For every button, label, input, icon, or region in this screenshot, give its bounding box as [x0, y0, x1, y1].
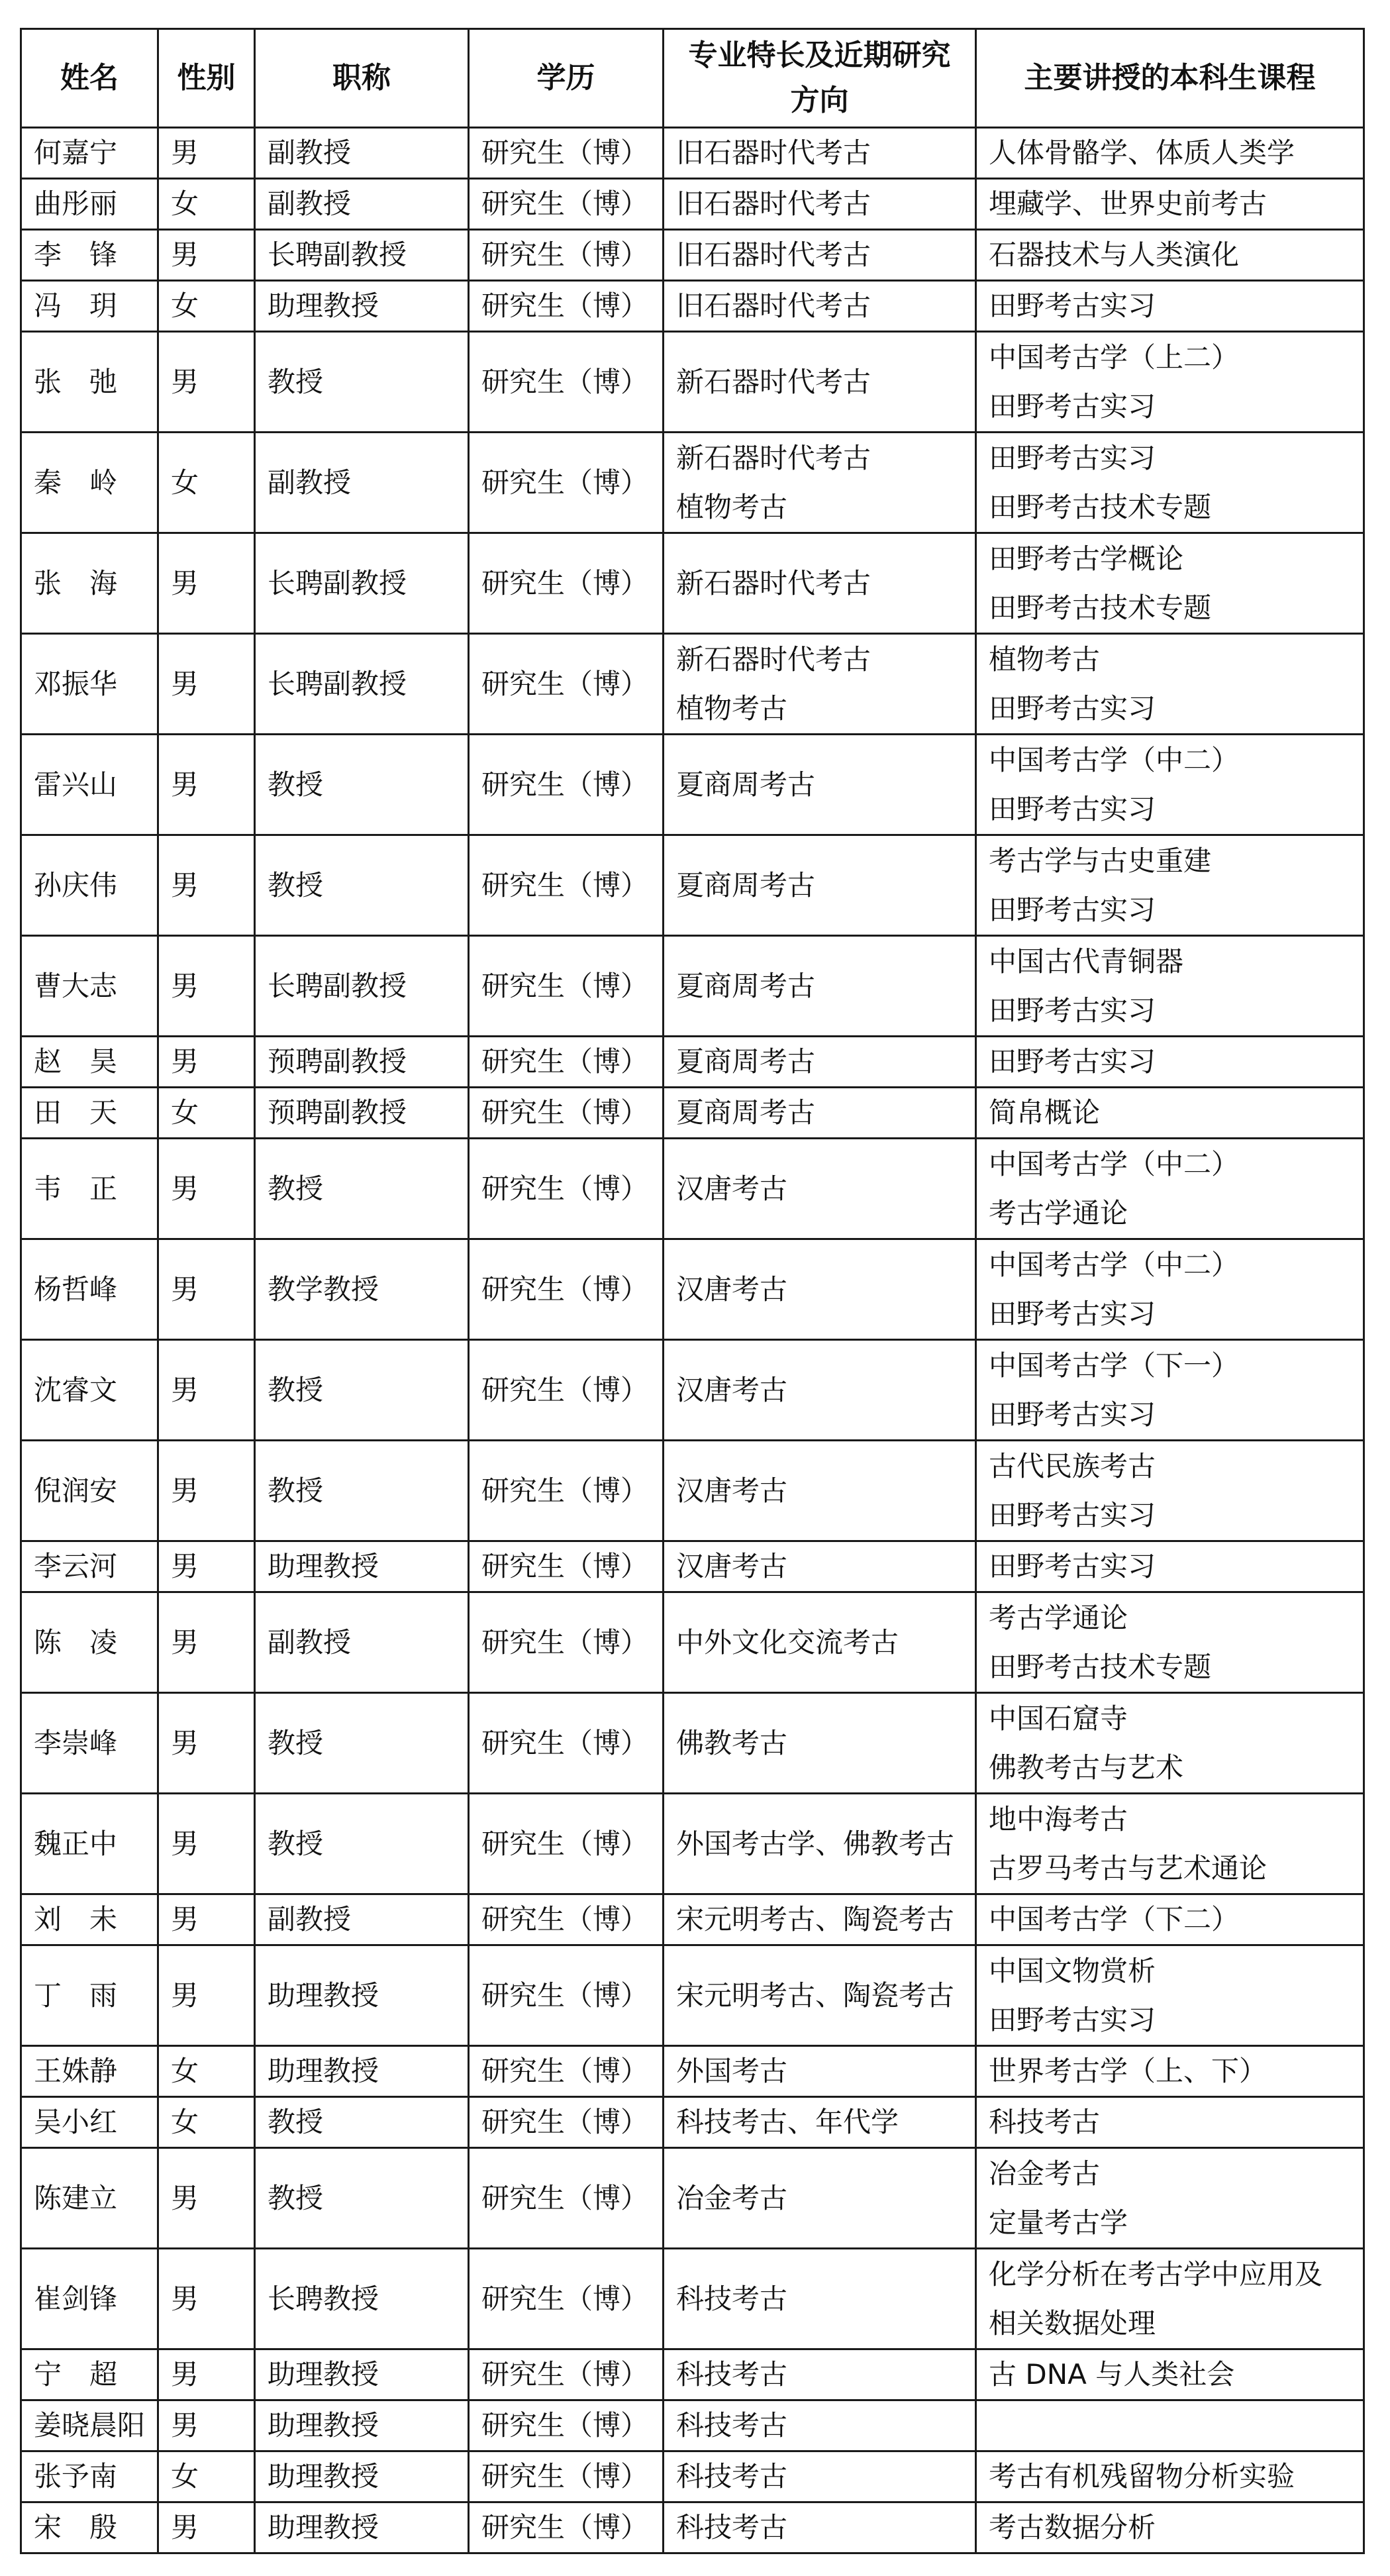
courses-line: 考古学与古史重建 — [989, 837, 1363, 886]
cell-field: 新石器时代考古 — [664, 533, 976, 634]
cell-field: 科技考古 — [664, 2249, 976, 2349]
cell-courses: 中国考古学（下一）田野考古实习 — [976, 1340, 1364, 1441]
courses-line: 田野考古实习 — [989, 886, 1363, 935]
cell-field: 汉唐考古 — [664, 1139, 976, 1239]
cell-field: 科技考古 — [664, 2349, 976, 2400]
field-line: 宋元明考古、陶瓷考古 — [676, 1895, 975, 1944]
courses-line: 中国古代青铜器 — [989, 937, 1363, 986]
courses-line: 田野考古技术专题 — [989, 584, 1363, 633]
cell-title: 教授 — [255, 2097, 469, 2148]
table-row: 曲彤丽女副教授研究生（博）旧石器时代考古埋藏学、世界史前考古 — [21, 179, 1364, 230]
table-row: 魏正中男教授研究生（博）外国考古学、佛教考古地中海考古古罗马考古与艺术通论 — [21, 1794, 1364, 1894]
cell-gender: 女 — [158, 1088, 255, 1139]
courses-line: 中国考古学（中二） — [989, 1140, 1363, 1189]
cell-gender: 男 — [158, 1239, 255, 1340]
cell-courses: 考古有机残留物分析实验 — [976, 2451, 1364, 2502]
cell-courses: 中国考古学（中二）考古学通论 — [976, 1139, 1364, 1239]
cell-degree: 研究生（博） — [469, 2349, 664, 2400]
table-row: 雷兴山男教授研究生（博）夏商周考古中国考古学（中二）田野考古实习 — [21, 735, 1364, 835]
table-row: 曹大志男长聘副教授研究生（博）夏商周考古中国古代青铜器田野考古实习 — [21, 936, 1364, 1037]
courses-line: 田野考古实习 — [989, 1491, 1363, 1540]
cell-gender: 男 — [158, 1441, 255, 1541]
cell-name: 邓振华 — [21, 634, 158, 735]
cell-name: 丁 雨 — [21, 1945, 158, 2046]
cell-field: 夏商周考古 — [664, 1037, 976, 1088]
courses-line: 中国考古学（中二） — [989, 736, 1363, 785]
cell-degree: 研究生（博） — [469, 1139, 664, 1239]
cell-courses: 田野考古实习 — [976, 281, 1364, 332]
cell-courses: 埋藏学、世界史前考古 — [976, 179, 1364, 230]
cell-gender: 男 — [158, 1139, 255, 1239]
cell-title: 教授 — [255, 1794, 469, 1894]
cell-gender: 男 — [158, 936, 255, 1037]
field-line: 新石器时代考古 — [676, 635, 975, 684]
cell-title: 教授 — [255, 1693, 469, 1794]
cell-courses: 考古数据分析 — [976, 2502, 1364, 2553]
cell-title: 长聘副教授 — [255, 230, 469, 281]
courses-line: 田野考古技术专题 — [989, 483, 1363, 532]
cell-courses: 田野考古实习 — [976, 1541, 1364, 1592]
courses-line: 中国考古学（下一） — [989, 1341, 1363, 1390]
cell-degree: 研究生（博） — [469, 1945, 664, 2046]
courses-line: 田野考古技术专题 — [989, 1643, 1363, 1692]
cell-gender: 女 — [158, 2451, 255, 2502]
cell-name: 赵 昊 — [21, 1037, 158, 1088]
cell-degree: 研究生（博） — [469, 1592, 664, 1693]
cell-gender: 女 — [158, 179, 255, 230]
cell-field: 旧石器时代考古 — [664, 179, 976, 230]
cell-title: 教学教授 — [255, 1239, 469, 1340]
cell-name: 张 弛 — [21, 332, 158, 433]
cell-courses: 古代民族考古田野考古实习 — [976, 1441, 1364, 1541]
cell-name: 孙庆伟 — [21, 835, 158, 936]
cell-field: 旧石器时代考古 — [664, 230, 976, 281]
cell-title: 助理教授 — [255, 1541, 469, 1592]
field-line: 植物考古 — [676, 483, 975, 532]
cell-degree: 研究生（博） — [469, 281, 664, 332]
cell-name: 倪润安 — [21, 1441, 158, 1541]
cell-degree: 研究生（博） — [469, 634, 664, 735]
cell-title: 教授 — [255, 1441, 469, 1541]
cell-degree: 研究生（博） — [469, 1794, 664, 1894]
cell-name: 雷兴山 — [21, 735, 158, 835]
cell-name: 张予南 — [21, 2451, 158, 2502]
courses-line: 科技考古 — [989, 2098, 1363, 2147]
cell-field: 夏商周考古 — [664, 835, 976, 936]
cell-courses: 中国考古学（下二） — [976, 1894, 1364, 1945]
table-row: 吴小红女教授研究生（博）科技考古、年代学科技考古 — [21, 2097, 1364, 2148]
cell-gender: 男 — [158, 1794, 255, 1894]
cell-gender: 男 — [158, 835, 255, 936]
courses-line: 中国石窟寺 — [989, 1694, 1363, 1743]
courses-line: 考古有机残留物分析实验 — [989, 2452, 1363, 2501]
courses-line: 田野考古实习 — [989, 1390, 1363, 1439]
courses-line: 佛教考古与艺术 — [989, 1743, 1363, 1792]
cell-title: 长聘副教授 — [255, 634, 469, 735]
cell-name: 李云河 — [21, 1541, 158, 1592]
cell-degree: 研究生（博） — [469, 1340, 664, 1441]
cell-gender: 男 — [158, 1945, 255, 2046]
table-row: 李 锋男长聘副教授研究生（博）旧石器时代考古石器技术与人类演化 — [21, 230, 1364, 281]
cell-title: 长聘副教授 — [255, 533, 469, 634]
courses-line: 田野考古实习 — [989, 785, 1363, 834]
cell-title: 副教授 — [255, 1592, 469, 1693]
field-line: 冶金考古 — [676, 2174, 975, 2223]
cell-degree: 研究生（博） — [469, 936, 664, 1037]
cell-title: 教授 — [255, 735, 469, 835]
courses-line: 考古数据分析 — [989, 2503, 1363, 2552]
courses-line: 考古学通论 — [989, 1189, 1363, 1238]
cell-title: 助理教授 — [255, 2400, 469, 2451]
cell-name: 崔剑锋 — [21, 2249, 158, 2349]
courses-line: 田野考古实习 — [989, 434, 1363, 483]
table-row: 崔剑锋男长聘教授研究生（博）科技考古化学分析在考古学中应用及相关数据处理 — [21, 2249, 1364, 2349]
faculty-table: 姓名 性别 职称 学历 专业特长及近期研究方向 主要讲授的本科生课程 何嘉宁男副… — [20, 28, 1365, 2554]
table-row: 陈 凌男副教授研究生（博）中外文化交流考古考古学通论田野考古技术专题 — [21, 1592, 1364, 1693]
cell-courses: 冶金考古定量考古学 — [976, 2148, 1364, 2249]
cell-gender: 男 — [158, 2148, 255, 2249]
field-line: 旧石器时代考古 — [676, 282, 975, 331]
courses-line: 考古学通论 — [989, 1594, 1363, 1643]
cell-name: 吴小红 — [21, 2097, 158, 2148]
cell-name: 陈 凌 — [21, 1592, 158, 1693]
field-line: 科技考古、年代学 — [676, 2098, 975, 2147]
cell-gender: 男 — [158, 1592, 255, 1693]
cell-title: 助理教授 — [255, 1945, 469, 2046]
courses-line: 田野考古实习 — [989, 1037, 1363, 1086]
cell-gender: 男 — [158, 1894, 255, 1945]
cell-degree: 研究生（博） — [469, 2148, 664, 2249]
cell-courses: 考古学与古史重建田野考古实习 — [976, 835, 1364, 936]
field-line: 汉唐考古 — [676, 1542, 975, 1591]
cell-field: 夏商周考古 — [664, 936, 976, 1037]
field-line: 植物考古 — [676, 684, 975, 733]
field-line: 汉唐考古 — [676, 1467, 975, 1516]
cell-name: 沈睿文 — [21, 1340, 158, 1441]
cell-degree: 研究生（博） — [469, 332, 664, 433]
cell-gender: 男 — [158, 1037, 255, 1088]
field-line: 科技考古 — [676, 2275, 975, 2324]
cell-field: 夏商周考古 — [664, 735, 976, 835]
cell-courses: 中国古代青铜器田野考古实习 — [976, 936, 1364, 1037]
cell-field: 宋元明考古、陶瓷考古 — [664, 1894, 976, 1945]
cell-field: 外国考古学、佛教考古 — [664, 1794, 976, 1894]
field-line: 汉唐考古 — [676, 1366, 975, 1415]
field-line: 夏商周考古 — [676, 861, 975, 910]
table-row: 宋 殷男助理教授研究生（博）科技考古考古数据分析 — [21, 2502, 1364, 2553]
cell-gender: 男 — [158, 634, 255, 735]
field-line: 科技考古 — [676, 2452, 975, 2501]
table-row: 孙庆伟男教授研究生（博）夏商周考古考古学与古史重建田野考古实习 — [21, 835, 1364, 936]
courses-line: 田野考古实习 — [989, 986, 1363, 1035]
cell-gender: 女 — [158, 2097, 255, 2148]
table-row: 邓振华男长聘副教授研究生（博）新石器时代考古植物考古植物考古田野考古实习 — [21, 634, 1364, 735]
cell-courses: 中国考古学（上二）田野考古实习 — [976, 332, 1364, 433]
table-row: 杨哲峰男教学教授研究生（博）汉唐考古中国考古学（中二）田野考古实习 — [21, 1239, 1364, 1340]
cell-degree: 研究生（博） — [469, 2502, 664, 2553]
cell-field: 科技考古 — [664, 2451, 976, 2502]
cell-degree: 研究生（博） — [469, 533, 664, 634]
header-title: 职称 — [255, 29, 469, 128]
cell-courses: 田野考古实习田野考古技术专题 — [976, 433, 1364, 533]
cell-title: 助理教授 — [255, 2349, 469, 2400]
courses-line: 石器技术与人类演化 — [989, 231, 1363, 280]
courses-line: 简帛概论 — [989, 1088, 1363, 1137]
cell-courses: 考古学通论田野考古技术专题 — [976, 1592, 1364, 1693]
cell-gender: 男 — [158, 1693, 255, 1794]
header-name: 姓名 — [21, 29, 158, 128]
cell-courses: 植物考古田野考古实习 — [976, 634, 1364, 735]
cell-field: 中外文化交流考古 — [664, 1592, 976, 1693]
cell-degree: 研究生（博） — [469, 1693, 664, 1794]
cell-gender: 女 — [158, 281, 255, 332]
cell-name: 曹大志 — [21, 936, 158, 1037]
cell-degree: 研究生（博） — [469, 2249, 664, 2349]
cell-title: 副教授 — [255, 128, 469, 179]
cell-gender: 男 — [158, 332, 255, 433]
faculty-table-container: 姓名 性别 职称 学历 专业特长及近期研究方向 主要讲授的本科生课程 何嘉宁男副… — [20, 28, 1363, 2554]
courses-line: 中国考古学（中二） — [989, 1241, 1363, 1290]
table-row: 倪润安男教授研究生（博）汉唐考古古代民族考古田野考古实习 — [21, 1441, 1364, 1541]
field-line: 科技考古 — [676, 2401, 975, 2450]
cell-title: 教授 — [255, 1139, 469, 1239]
field-line: 外国考古学、佛教考古 — [676, 1820, 975, 1869]
field-line: 旧石器时代考古 — [676, 180, 975, 229]
cell-courses: 中国文物赏析田野考古实习 — [976, 1945, 1364, 2046]
table-row: 何嘉宁男副教授研究生（博）旧石器时代考古人体骨骼学、体质人类学 — [21, 128, 1364, 179]
cell-name: 李 锋 — [21, 230, 158, 281]
cell-title: 教授 — [255, 1340, 469, 1441]
cell-gender: 男 — [158, 2249, 255, 2349]
cell-field: 科技考古 — [664, 2502, 976, 2553]
courses-line: 人体骨骼学、体质人类学 — [989, 129, 1363, 178]
field-line: 宋元明考古、陶瓷考古 — [676, 1971, 975, 2020]
table-row: 田 天女预聘副教授研究生（博）夏商周考古简帛概论 — [21, 1088, 1364, 1139]
courses-line: 古代民族考古 — [989, 1442, 1363, 1491]
cell-gender: 男 — [158, 128, 255, 179]
cell-courses: 中国石窟寺佛教考古与艺术 — [976, 1693, 1364, 1794]
header-gender: 性别 — [158, 29, 255, 128]
cell-field: 汉唐考古 — [664, 1441, 976, 1541]
table-row: 陈建立男教授研究生（博）冶金考古冶金考古定量考古学 — [21, 2148, 1364, 2249]
cell-gender: 男 — [158, 533, 255, 634]
courses-line: 田野考古实习 — [989, 1996, 1363, 2045]
table-row: 李崇峰男教授研究生（博）佛教考古中国石窟寺佛教考古与艺术 — [21, 1693, 1364, 1794]
cell-courses: 地中海考古古罗马考古与艺术通论 — [976, 1794, 1364, 1894]
cell-title: 教授 — [255, 332, 469, 433]
table-row: 沈睿文男教授研究生（博）汉唐考古中国考古学（下一）田野考古实习 — [21, 1340, 1364, 1441]
courses-line: 中国考古学（下二） — [989, 1895, 1363, 1944]
field-line: 汉唐考古 — [676, 1265, 975, 1314]
header-degree: 学历 — [469, 29, 664, 128]
cell-field: 汉唐考古 — [664, 1239, 976, 1340]
cell-name: 曲彤丽 — [21, 179, 158, 230]
courses-line: 田野考古实习 — [989, 1542, 1363, 1591]
cell-courses: 古 DNA 与人类社会 — [976, 2349, 1364, 2400]
cell-degree: 研究生（博） — [469, 1037, 664, 1088]
cell-field: 外国考古 — [664, 2046, 976, 2097]
field-line: 外国考古 — [676, 2047, 975, 2096]
courses-line: 田野考古实习 — [989, 684, 1363, 733]
cell-gender: 男 — [158, 2349, 255, 2400]
courses-line: 田野考古实习 — [989, 282, 1363, 331]
cell-gender: 男 — [158, 230, 255, 281]
cell-courses: 中国考古学（中二）田野考古实习 — [976, 735, 1364, 835]
field-line: 夏商周考古 — [676, 760, 975, 809]
cell-gender: 男 — [158, 735, 255, 835]
cell-title: 副教授 — [255, 179, 469, 230]
cell-courses: 化学分析在考古学中应用及相关数据处理 — [976, 2249, 1364, 2349]
cell-gender: 女 — [158, 433, 255, 533]
table-row: 姜晓晨阳男助理教授研究生（博）科技考古 — [21, 2400, 1364, 2451]
cell-field: 新石器时代考古植物考古 — [664, 433, 976, 533]
field-line: 夏商周考古 — [676, 1037, 975, 1086]
table-row: 刘 未男副教授研究生（博）宋元明考古、陶瓷考古中国考古学（下二） — [21, 1894, 1364, 1945]
cell-title: 副教授 — [255, 1894, 469, 1945]
courses-line: 世界考古学（上、下） — [989, 2047, 1363, 2096]
cell-title: 助理教授 — [255, 281, 469, 332]
cell-gender: 女 — [158, 2046, 255, 2097]
cell-degree: 研究生（博） — [469, 230, 664, 281]
cell-title: 助理教授 — [255, 2046, 469, 2097]
cell-courses: 石器技术与人类演化 — [976, 230, 1364, 281]
table-row: 丁 雨男助理教授研究生（博）宋元明考古、陶瓷考古中国文物赏析田野考古实习 — [21, 1945, 1364, 2046]
courses-line: 田野考古实习 — [989, 1290, 1363, 1339]
courses-line: 相关数据处理 — [989, 2299, 1363, 2348]
table-body: 何嘉宁男副教授研究生（博）旧石器时代考古人体骨骼学、体质人类学曲彤丽女副教授研究… — [21, 128, 1364, 2553]
courses-line: 古罗马考古与艺术通论 — [989, 1844, 1363, 1893]
header-row: 姓名 性别 职称 学历 专业特长及近期研究方向 主要讲授的本科生课程 — [21, 29, 1364, 128]
cell-gender: 男 — [158, 1340, 255, 1441]
cell-title: 助理教授 — [255, 2451, 469, 2502]
courses-line: 冶金考古 — [989, 2149, 1363, 2198]
field-line: 新石器时代考古 — [676, 358, 975, 407]
cell-name: 田 天 — [21, 1088, 158, 1139]
cell-field: 夏商周考古 — [664, 1088, 976, 1139]
cell-courses: 田野考古实习 — [976, 1037, 1364, 1088]
field-line: 旧石器时代考古 — [676, 129, 975, 178]
table-row: 韦 正男教授研究生（博）汉唐考古中国考古学（中二）考古学通论 — [21, 1139, 1364, 1239]
courses-line: 地中海考古 — [989, 1795, 1363, 1844]
table-row: 王姝静女助理教授研究生（博）外国考古世界考古学（上、下） — [21, 2046, 1364, 2097]
cell-gender: 男 — [158, 2502, 255, 2553]
cell-title: 助理教授 — [255, 2502, 469, 2553]
courses-line: 田野考古学概论 — [989, 535, 1363, 584]
cell-degree: 研究生（博） — [469, 179, 664, 230]
cell-field: 冶金考古 — [664, 2148, 976, 2249]
cell-degree: 研究生（博） — [469, 1441, 664, 1541]
cell-degree: 研究生（博） — [469, 2097, 664, 2148]
cell-degree: 研究生（博） — [469, 2400, 664, 2451]
cell-field: 宋元明考古、陶瓷考古 — [664, 1945, 976, 2046]
table-row: 宁 超男助理教授研究生（博）科技考古古 DNA 与人类社会 — [21, 2349, 1364, 2400]
cell-courses: 世界考古学（上、下） — [976, 2046, 1364, 2097]
cell-name: 刘 未 — [21, 1894, 158, 1945]
cell-courses: 田野考古学概论田野考古技术专题 — [976, 533, 1364, 634]
header-field: 专业特长及近期研究方向 — [664, 29, 976, 128]
cell-title: 教授 — [255, 835, 469, 936]
field-line: 中外文化交流考古 — [676, 1618, 975, 1667]
cell-courses — [976, 2400, 1364, 2451]
cell-degree: 研究生（博） — [469, 735, 664, 835]
cell-name: 姜晓晨阳 — [21, 2400, 158, 2451]
table-row: 赵 昊男预聘副教授研究生（博）夏商周考古田野考古实习 — [21, 1037, 1364, 1088]
cell-degree: 研究生（博） — [469, 835, 664, 936]
cell-field: 新石器时代考古 — [664, 332, 976, 433]
cell-degree: 研究生（博） — [469, 1894, 664, 1945]
field-line: 科技考古 — [676, 2350, 975, 2399]
cell-field: 旧石器时代考古 — [664, 281, 976, 332]
cell-field: 旧石器时代考古 — [664, 128, 976, 179]
cell-gender: 男 — [158, 1541, 255, 1592]
cell-name: 魏正中 — [21, 1794, 158, 1894]
cell-name: 宁 超 — [21, 2349, 158, 2400]
courses-line: 埋藏学、世界史前考古 — [989, 180, 1363, 229]
cell-courses: 中国考古学（中二）田野考古实习 — [976, 1239, 1364, 1340]
courses-line: 田野考古实习 — [989, 382, 1363, 431]
field-line: 旧石器时代考古 — [676, 231, 975, 280]
field-line: 夏商周考古 — [676, 962, 975, 1011]
field-line: 新石器时代考古 — [676, 559, 975, 608]
cell-name: 王姝静 — [21, 2046, 158, 2097]
cell-name: 韦 正 — [21, 1139, 158, 1239]
cell-field: 汉唐考古 — [664, 1541, 976, 1592]
cell-title: 教授 — [255, 2148, 469, 2249]
cell-courses: 科技考古 — [976, 2097, 1364, 2148]
cell-title: 副教授 — [255, 433, 469, 533]
cell-name: 何嘉宁 — [21, 128, 158, 179]
cell-courses: 简帛概论 — [976, 1088, 1364, 1139]
cell-name: 杨哲峰 — [21, 1239, 158, 1340]
cell-degree: 研究生（博） — [469, 433, 664, 533]
table-row: 李云河男助理教授研究生（博）汉唐考古田野考古实习 — [21, 1541, 1364, 1592]
cell-gender: 男 — [158, 2400, 255, 2451]
cell-name: 宋 殷 — [21, 2502, 158, 2553]
table-row: 张予南女助理教授研究生（博）科技考古考古有机残留物分析实验 — [21, 2451, 1364, 2502]
cell-name: 陈建立 — [21, 2148, 158, 2249]
cell-degree: 研究生（博） — [469, 128, 664, 179]
table-row: 张 海男长聘副教授研究生（博）新石器时代考古田野考古学概论田野考古技术专题 — [21, 533, 1364, 634]
cell-field: 佛教考古 — [664, 1693, 976, 1794]
courses-line: 古 DNA 与人类社会 — [989, 2350, 1363, 2399]
cell-title: 预聘副教授 — [255, 1088, 469, 1139]
field-line: 科技考古 — [676, 2503, 975, 2552]
cell-name: 张 海 — [21, 533, 158, 634]
cell-degree: 研究生（博） — [469, 1239, 664, 1340]
cell-title: 长聘副教授 — [255, 936, 469, 1037]
field-line: 新石器时代考古 — [676, 434, 975, 483]
courses-line: 化学分析在考古学中应用及 — [989, 2250, 1363, 2299]
cell-field: 科技考古、年代学 — [664, 2097, 976, 2148]
cell-degree: 研究生（博） — [469, 1541, 664, 1592]
courses-line: 定量考古学 — [989, 2198, 1363, 2247]
cell-field: 汉唐考古 — [664, 1340, 976, 1441]
courses-line: 中国文物赏析 — [989, 1947, 1363, 1996]
table-row: 冯 玥女助理教授研究生（博）旧石器时代考古田野考古实习 — [21, 281, 1364, 332]
cell-degree: 研究生（博） — [469, 2046, 664, 2097]
cell-field: 新石器时代考古植物考古 — [664, 634, 976, 735]
cell-field: 科技考古 — [664, 2400, 976, 2451]
courses-line: 中国考古学（上二） — [989, 333, 1363, 382]
cell-courses: 人体骨骼学、体质人类学 — [976, 128, 1364, 179]
cell-title: 预聘副教授 — [255, 1037, 469, 1088]
field-line: 佛教考古 — [676, 1719, 975, 1768]
header-courses: 主要讲授的本科生课程 — [976, 29, 1364, 128]
field-line: 夏商周考古 — [676, 1088, 975, 1137]
table-row: 秦 岭女副教授研究生（博）新石器时代考古植物考古田野考古实习田野考古技术专题 — [21, 433, 1364, 533]
courses-line: 植物考古 — [989, 635, 1363, 684]
table-row: 张 弛男教授研究生（博）新石器时代考古中国考古学（上二）田野考古实习 — [21, 332, 1364, 433]
